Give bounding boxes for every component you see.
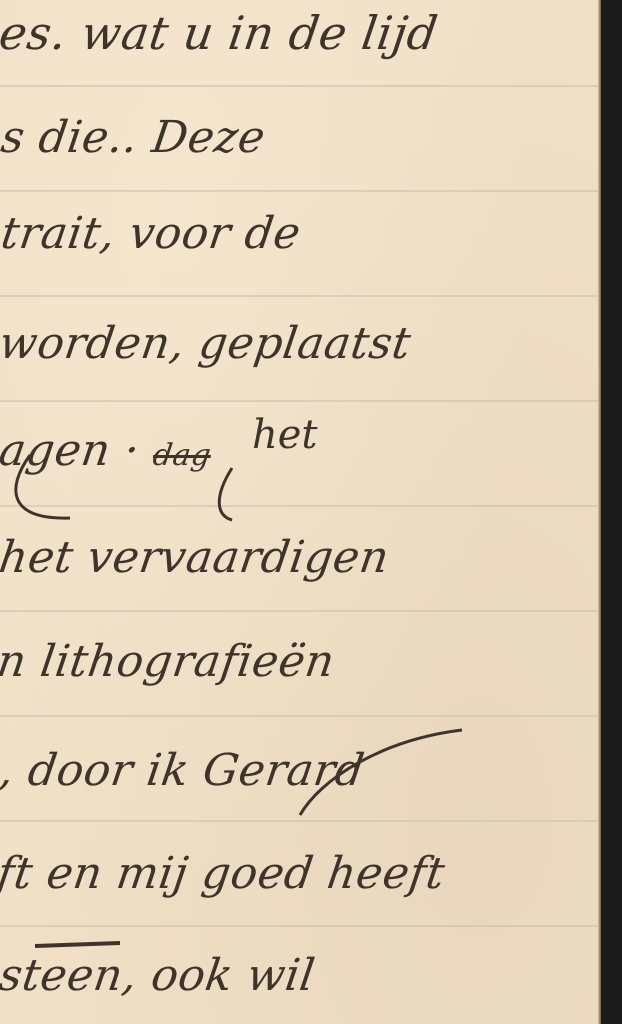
- ruled-line: [0, 505, 598, 507]
- ruled-line: [0, 610, 598, 612]
- handwritten-line-7: n lithografieën: [0, 636, 338, 687]
- handwritten-line-6: het vervaardigen: [0, 532, 392, 583]
- ruled-line: [0, 820, 598, 822]
- struck-word: dag: [151, 438, 214, 473]
- ruled-line: [0, 400, 598, 402]
- handwritten-line-5: agen · dag: [0, 425, 215, 476]
- line-5-text: agen ·: [0, 425, 143, 476]
- dark-backdrop: [601, 0, 622, 1024]
- ruled-line: [0, 295, 598, 297]
- handwritten-line-8: , door ik Gerard: [0, 745, 368, 796]
- ruled-line: [0, 715, 598, 717]
- inserted-word: het: [252, 412, 318, 458]
- ruled-line: [0, 190, 598, 192]
- handwritten-line-2: s die.. Deze: [0, 112, 269, 163]
- ruled-line: [0, 925, 598, 927]
- ruled-line: [0, 85, 598, 87]
- handwritten-line-1: es. wat u in de lijd: [0, 6, 441, 60]
- handwritten-line-4: worden, geplaatst: [0, 318, 414, 369]
- handwritten-line-9: ft en mij goed heeft: [0, 848, 448, 899]
- letter-page: es. wat u in de lijd s die.. Deze trait,…: [0, 0, 600, 1024]
- handwritten-line-10: steen, ook wil: [0, 950, 318, 1001]
- handwritten-line-3: trait, voor de: [0, 208, 304, 259]
